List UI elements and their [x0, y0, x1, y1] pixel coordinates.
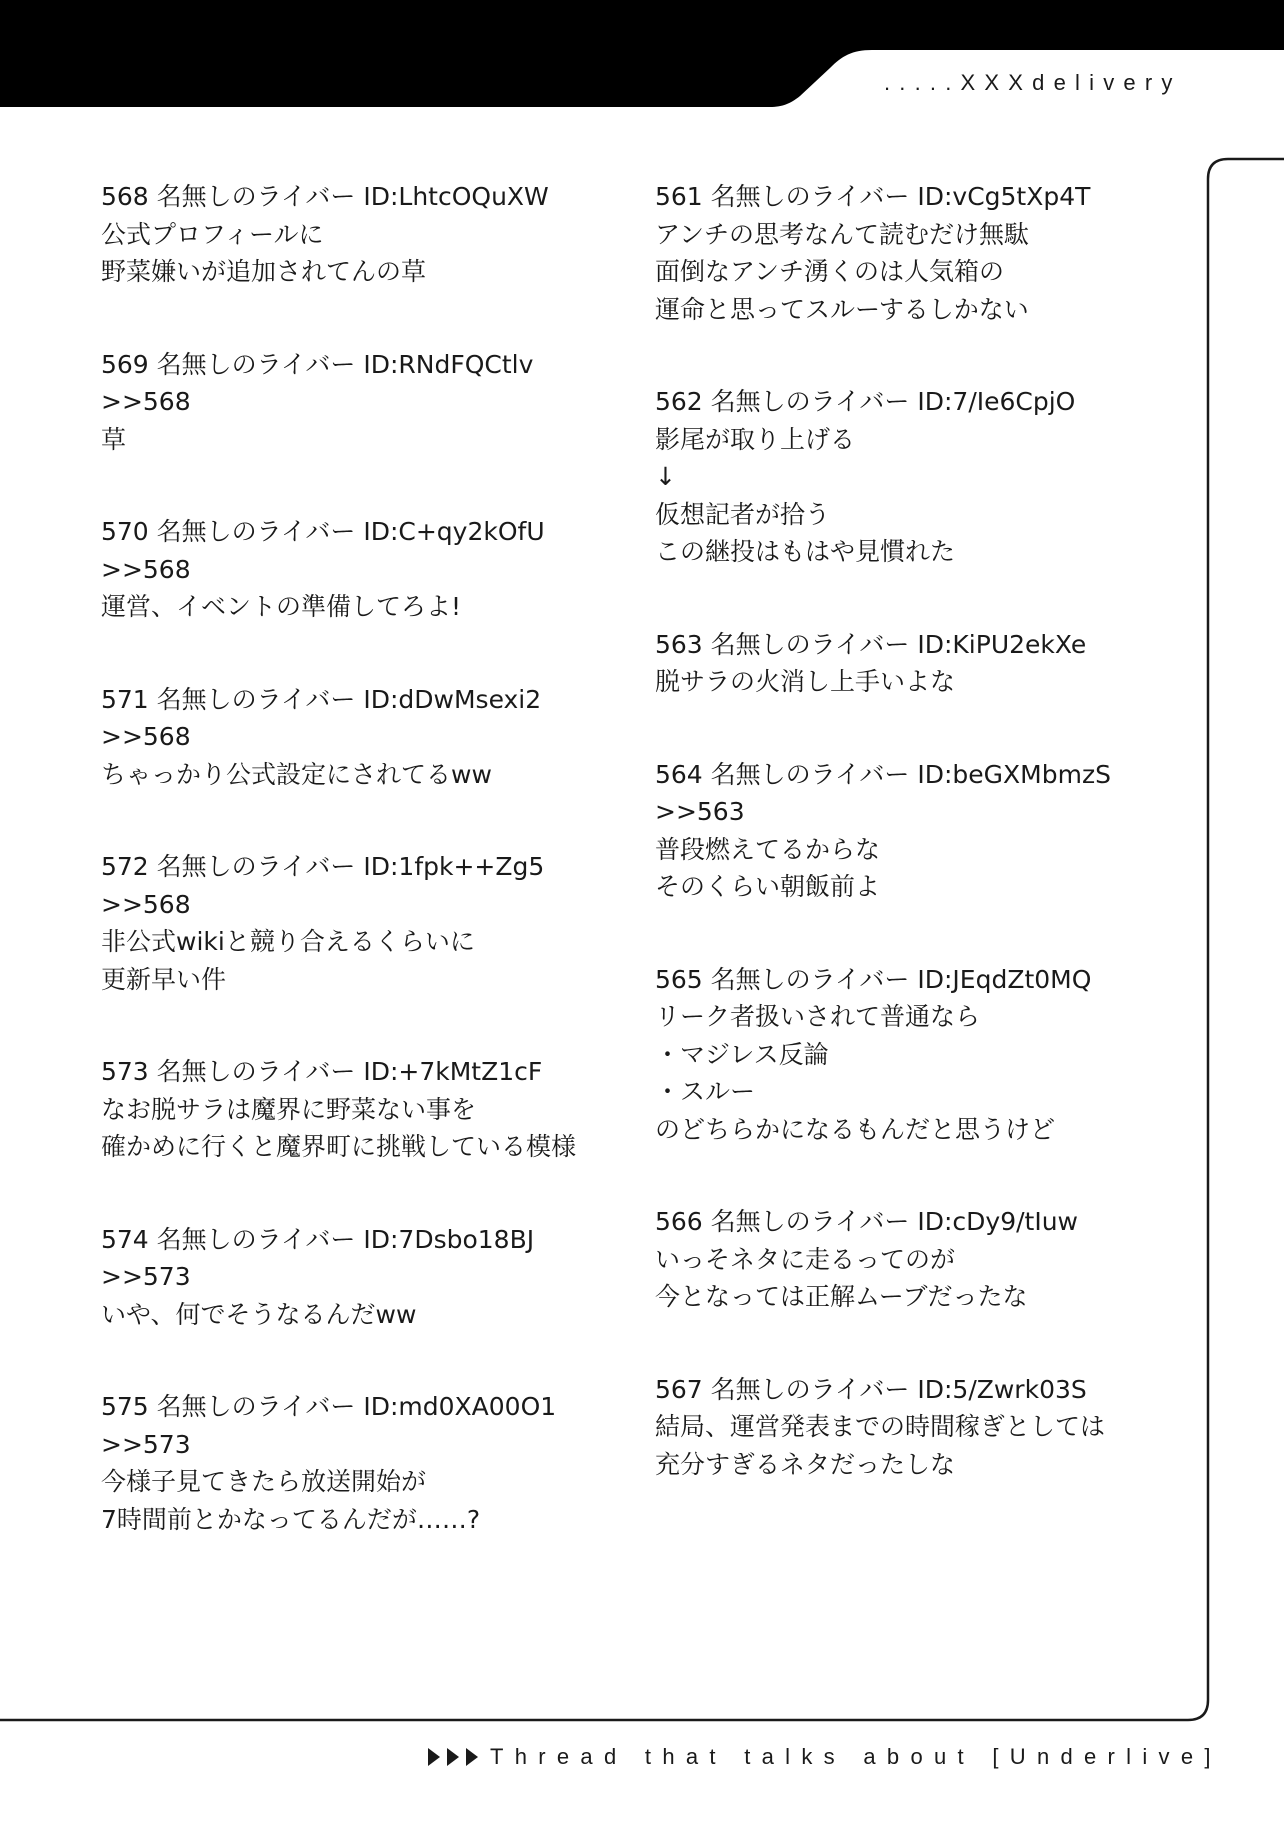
post-body-line: 非公式wikiと競り合えるくらいに: [101, 923, 571, 961]
post-header: 570 名無しのライバー ID:C+qy2kOfU: [101, 513, 571, 551]
reply-anchor: >>568: [101, 718, 571, 756]
post-body-line: リーク者扱いされて普通なら: [655, 998, 1135, 1036]
post-header: 574 名無しのライバー ID:7Dsbo18BJ: [101, 1221, 571, 1259]
post-header: 573 名無しのライバー ID:+7kMtZ1cF: [101, 1053, 571, 1091]
post-header: 571 名無しのライバー ID:dDwMsexi2: [101, 681, 571, 719]
post-574: 574 名無しのライバー ID:7Dsbo18BJ >>573 いや、何でそうな…: [101, 1221, 571, 1334]
post-body-line: 面倒なアンチ湧くのは人気箱の: [655, 253, 1135, 291]
post-body-line: 充分すぎるネタだったしな: [655, 1446, 1135, 1484]
post-header: 569 名無しのライバー ID:RNdFQCtlv: [101, 346, 571, 384]
post-body-line: 運営、イベントの準備してろよ!: [101, 588, 571, 626]
post-header: 564 名無しのライバー ID:beGXMbmzS: [655, 756, 1135, 794]
post-body-line: ちゃっかり公式設定にされてるww: [101, 756, 571, 794]
post-body-line: 更新早い件: [101, 961, 571, 999]
down-arrow-icon: ↓: [655, 458, 1135, 496]
post-header: 563 名無しのライバー ID:KiPU2ekXe: [655, 626, 1135, 664]
post-573: 573 名無しのライバー ID:+7kMtZ1cF なお脱サラは魔界に野菜ない事…: [101, 1053, 571, 1166]
post-body-line: 野菜嫌いが追加されてんの草: [101, 253, 571, 291]
post-562: 562 名無しのライバー ID:7/Ie6CpjO 影尾が取り上げる ↓ 仮想記…: [655, 383, 1135, 571]
post-body-line: 普段燃えてるからな: [655, 831, 1135, 869]
right-triangle-icon: [447, 1748, 459, 1766]
post-body-line: 今様子見てきたら放送開始が: [101, 1463, 571, 1501]
post-header: 567 名無しのライバー ID:5/Zwrk03S: [655, 1371, 1135, 1409]
post-body-line: なお脱サラは魔界に野菜ない事を: [101, 1091, 571, 1129]
post-body-line: 今となっては正解ムーブだったな: [655, 1278, 1135, 1316]
post-body-line: 影尾が取り上げる: [655, 421, 1135, 459]
post-565: 565 名無しのライバー ID:JEqdZt0MQ リーク者扱いされて普通なら …: [655, 961, 1135, 1149]
post-body-line: 結局、運営発表までの時間稼ぎとしては: [655, 1408, 1135, 1446]
reply-anchor: >>573: [101, 1426, 571, 1464]
post-567: 567 名無しのライバー ID:5/Zwrk03S 結局、運営発表までの時間稼ぎ…: [655, 1371, 1135, 1484]
right-column: 561 名無しのライバー ID:vCg5tXp4T アンチの思考なんて読むだけ無…: [655, 178, 1135, 1538]
post-body-line: アンチの思考なんて読むだけ無駄: [655, 216, 1135, 254]
post-571: 571 名無しのライバー ID:dDwMsexi2 >>568 ちゃっかり公式設…: [101, 681, 571, 794]
post-564: 564 名無しのライバー ID:beGXMbmzS >>563 普段燃えてるから…: [655, 756, 1135, 906]
post-body-line: いや、何でそうなるんだww: [101, 1296, 571, 1334]
post-header: 568 名無しのライバー ID:LhtcOQuXW: [101, 178, 571, 216]
footer-title: Thread that talks about [Underlive]: [490, 1744, 1222, 1770]
left-column: 568 名無しのライバー ID:LhtcOQuXW 公式プロフィールに 野菜嫌い…: [101, 178, 571, 1593]
post-570: 570 名無しのライバー ID:C+qy2kOfU >>568 運営、イベントの…: [101, 513, 571, 626]
post-body-line: 公式プロフィールに: [101, 216, 571, 254]
post-header: 566 名無しのライバー ID:cDy9/tIuw: [655, 1203, 1135, 1241]
post-561: 561 名無しのライバー ID:vCg5tXp4T アンチの思考なんて読むだけ無…: [655, 178, 1135, 328]
post-568: 568 名無しのライバー ID:LhtcOQuXW 公式プロフィールに 野菜嫌い…: [101, 178, 571, 291]
reply-anchor: >>568: [101, 551, 571, 589]
post-body-line: この継投はもはや見慣れた: [655, 533, 1135, 571]
triple-right-triangle-icon: [428, 1748, 478, 1766]
post-572: 572 名無しのライバー ID:1fpk++Zg5 >>568 非公式wikiと…: [101, 848, 571, 998]
post-body-line: 仮想記者が拾う: [655, 496, 1135, 534]
post-566: 566 名無しのライバー ID:cDy9/tIuw いっそネタに走るってのが 今…: [655, 1203, 1135, 1316]
reply-anchor: >>568: [101, 886, 571, 924]
right-triangle-icon: [466, 1748, 478, 1766]
post-body-line: 脱サラの火消し上手いよな: [655, 663, 1135, 701]
post-body-line: 確かめに行くと魔界町に挑戦している模様: [101, 1128, 571, 1166]
post-575: 575 名無しのライバー ID:md0XA00O1 >>573 今様子見てきたら…: [101, 1388, 571, 1538]
post-header: 561 名無しのライバー ID:vCg5tXp4T: [655, 178, 1135, 216]
post-body-line: ・スルー: [655, 1073, 1135, 1111]
post-body-line: 運命と思ってスルーするしかない: [655, 291, 1135, 329]
post-body-line: のどちらかになるもんだと思うけど: [655, 1111, 1135, 1149]
post-body-line: そのくらい朝飯前よ: [655, 868, 1135, 906]
reply-anchor: >>568: [101, 383, 571, 421]
post-body-line: いっそネタに走るってのが: [655, 1241, 1135, 1279]
post-header: 575 名無しのライバー ID:md0XA00O1: [101, 1388, 571, 1426]
post-563: 563 名無しのライバー ID:KiPU2ekXe 脱サラの火消し上手いよな: [655, 626, 1135, 701]
post-body-line: 草: [101, 421, 571, 459]
footer: Thread that talks about [Underlive]: [428, 1744, 1222, 1770]
post-header: 562 名無しのライバー ID:7/Ie6CpjO: [655, 383, 1135, 421]
post-body-line: 7時間前とかなってるんだが……?: [101, 1501, 571, 1539]
header-title: .....XXXdelivery: [884, 70, 1182, 96]
post-header: 572 名無しのライバー ID:1fpk++Zg5: [101, 848, 571, 886]
reply-anchor: >>573: [101, 1258, 571, 1296]
reply-anchor: >>563: [655, 793, 1135, 831]
post-569: 569 名無しのライバー ID:RNdFQCtlv >>568 草: [101, 346, 571, 459]
post-body-line: ・マジレス反論: [655, 1036, 1135, 1074]
post-header: 565 名無しのライバー ID:JEqdZt0MQ: [655, 961, 1135, 999]
right-triangle-icon: [428, 1748, 440, 1766]
